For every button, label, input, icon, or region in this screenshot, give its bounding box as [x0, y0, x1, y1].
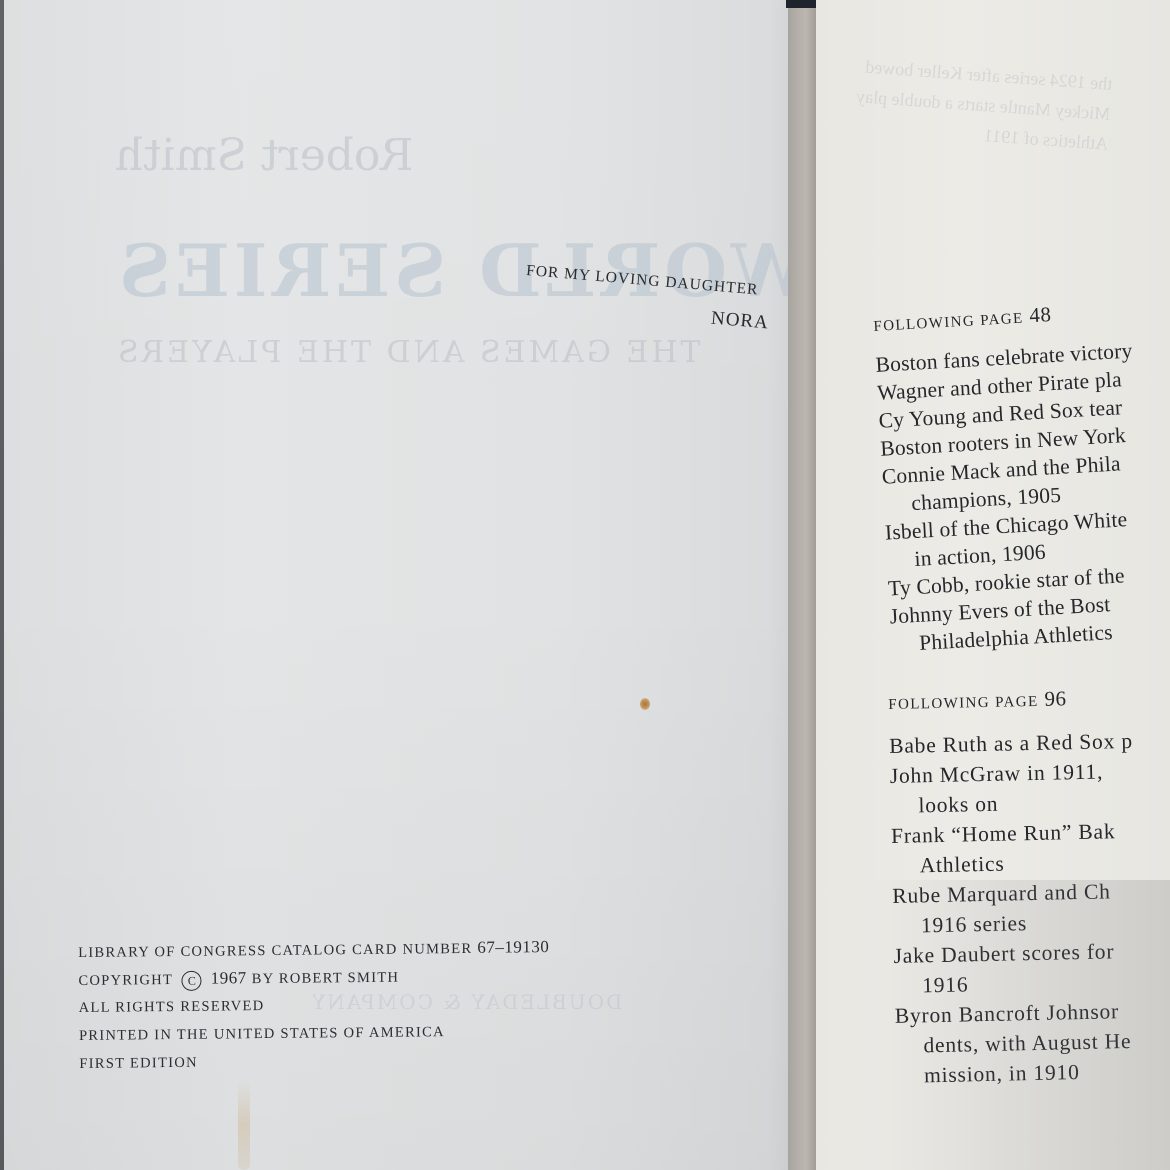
list-item: Rube Marquard and Ch1916 series: [892, 876, 1137, 941]
dedication-name: NORA: [523, 292, 770, 335]
book-gutter: [788, 0, 818, 1170]
edition-line: FIRST EDITION: [79, 1045, 550, 1078]
copyright-year: 1967: [211, 968, 247, 987]
show-through-author: Robert Smith: [115, 130, 413, 181]
lccn-number: 67–19130: [477, 937, 549, 957]
section-heading-label: FOLLOWING PAGE: [888, 694, 1039, 713]
section-heading-page: 96: [1044, 686, 1066, 710]
copyright-prefix: COPYRIGHT: [78, 972, 173, 989]
book-spread: Robert Smith WORLD SERIES THE GAMES AND …: [0, 0, 1170, 1170]
right-page-illustrations: the 1924 series after Keller bowed Micke…: [816, 0, 1170, 1170]
copyright-holder: BY ROBERT SMITH: [252, 970, 400, 988]
lccn-label: LIBRARY OF CONGRESS CATALOG CARD NUMBER: [78, 941, 472, 961]
plate-section: FOLLOWING PAGE96 Babe Ruth as a Red Sox …: [888, 685, 1140, 1091]
page-edge: [0, 0, 4, 1170]
foxing-stain: [640, 698, 650, 710]
show-through-reverse: the 1924 series after Keller bowed Micke…: [853, 51, 1113, 159]
list-item: Byron Bancroft Johnsordents, with August…: [895, 996, 1141, 1091]
section-heading-page: 48: [1029, 302, 1052, 327]
section-heading-label: FOLLOWING PAGE: [873, 311, 1024, 335]
list-item: John McGraw in 1911,looks on: [889, 756, 1134, 821]
list-item: Jake Daubert scores for1916: [893, 936, 1138, 1001]
plate-section: FOLLOWING PAGE48 Boston fans celebrate v…: [872, 286, 1149, 659]
section-heading: FOLLOWING PAGE48: [873, 298, 1131, 337]
section-heading: FOLLOWING PAGE96: [888, 685, 1132, 715]
water-stain: [238, 1080, 250, 1170]
show-through-subtitle: THE GAMES AND THE PLAYERS: [115, 335, 700, 370]
lccn-line: LIBRARY OF CONGRESS CATALOG CARD NUMBER …: [78, 933, 549, 966]
list-item: Frank “Home Run” BakAthletics: [891, 816, 1136, 881]
copyright-block: LIBRARY OF CONGRESS CATALOG CARD NUMBER …: [78, 933, 551, 1078]
copyright-symbol-icon: C: [182, 970, 202, 990]
left-page-copyright: Robert Smith WORLD SERIES THE GAMES AND …: [0, 0, 800, 1170]
